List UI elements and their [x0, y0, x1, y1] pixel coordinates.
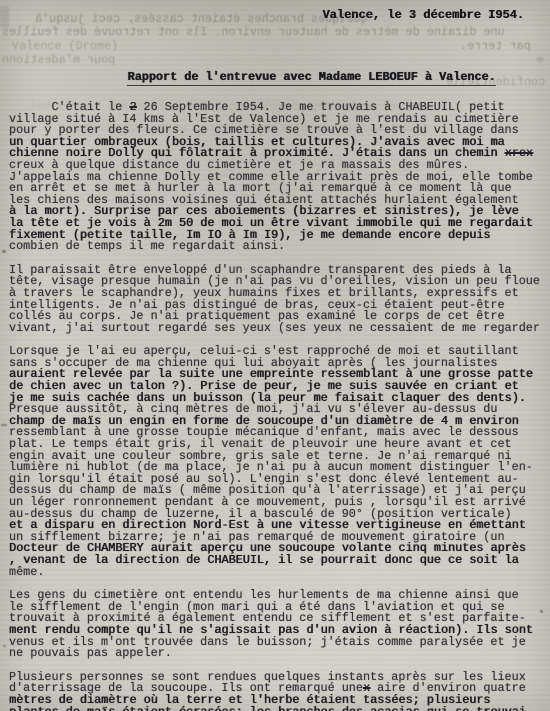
text-line: vivant, j'ai surtout regardé ses yeux (s… — [9, 323, 550, 335]
paragraph: Il paraissait être enveloppé d'un scapha… — [9, 265, 550, 335]
paragraph: C'était le 2 26 Septembre I954. Je me tr… — [9, 102, 550, 253]
text-line: , venant de la direction de CHABEUIL, il… — [9, 555, 550, 567]
text-line: ne pouvais pas appeler. — [9, 648, 550, 660]
document-body: C'était le 2 26 Septembre I954. Je me tr… — [9, 102, 550, 711]
paragraph: Plusieurs personnes se sont rendues quel… — [9, 672, 550, 711]
report-title: Rapport de l'entrevue avec Madame LEBOEU… — [85, 56, 550, 98]
struck-text: xrex — [505, 146, 533, 160]
scan-speck — [536, 57, 544, 62]
scan-speck — [3, 645, 6, 647]
scan-speck — [1, 424, 7, 426]
document-content: Valence, le 3 décembre I954. Rapport de … — [0, 0, 550, 711]
paragraph: Les gens du cimetière ont entendu les hu… — [9, 590, 550, 660]
text-line: même. — [9, 567, 550, 579]
report-title-text: Rapport de l'entrevue avec Madame LEBOEU… — [127, 70, 495, 86]
paragraph: Lorsque je l'ai eu aperçu, celui-ci s'es… — [9, 346, 550, 578]
scan-speck — [0, 6, 9, 28]
text-line: plantes de maïs étaient écrasées; les br… — [9, 707, 550, 711]
scan-speck — [2, 250, 6, 253]
scan-speck — [540, 610, 543, 613]
text-line: combien de temps il me regardait ainsi. — [9, 241, 550, 253]
scanned-document-page: quelques branches étaient cassées, ceci … — [0, 0, 550, 711]
place-date-line: Valence, le 3 décembre I954. — [9, 8, 550, 22]
